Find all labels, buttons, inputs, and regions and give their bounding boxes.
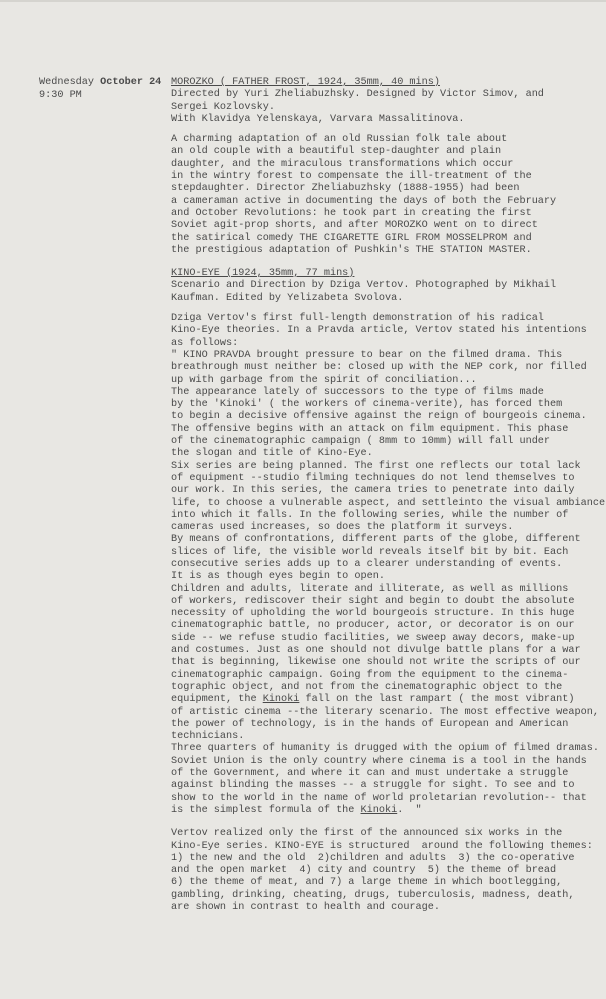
film-description: Dziga Vertov's first full-length demonst… — [171, 313, 601, 817]
description-line: into which it falls. In the following se… — [171, 510, 601, 522]
closing-line: Kino-Eye series. KINO-EYE is structured … — [171, 841, 601, 853]
typewritten-page: Wednesday October 24 9:30 PM MOROZKO ( F… — [0, 0, 606, 999]
description-line: and October Revolutions: he took part in… — [171, 208, 601, 220]
screening-date-block: Wednesday October 24 9:30 PM — [39, 77, 161, 102]
description-line: show to the world in the name of world p… — [171, 793, 601, 805]
description-line: The offensive begins with an attack on f… — [171, 424, 601, 436]
description-line: the prestigious adaptation of Pushkin's … — [171, 245, 601, 257]
screening-date: October 24 — [100, 77, 161, 88]
description-line: The appearance lately of successors to t… — [171, 387, 601, 399]
credit-line: Scenario and Direction by Dziga Vertov. … — [171, 280, 601, 292]
description-line: up with garbage from the spirit of conci… — [171, 375, 601, 387]
credit-line: With Klavidya Yelenskaya, Varvara Massal… — [171, 114, 601, 126]
description-line: life, to choose a vulnerable aspect, and… — [171, 498, 601, 510]
description-line: against blinding the masses -- a struggl… — [171, 780, 601, 792]
description-line: and costumes. Just as one should not div… — [171, 645, 601, 657]
description-line: stepdaughter. Director Zheliabuzhsky (18… — [171, 183, 601, 195]
description-line: equipment, the Kinoki fall on the last r… — [171, 694, 601, 706]
credit-line: Sergei Kozlovsky. — [171, 102, 601, 114]
description-line: Soviet Union is the only country where c… — [171, 756, 601, 768]
film-title: KINO-EYE (1924, 35mm, 77 mins) — [171, 268, 601, 280]
description-line: cameras used increases, so does the plat… — [171, 522, 601, 534]
description-line: consecutive series adds up to a clearer … — [171, 559, 601, 571]
description-line: Dziga Vertov's first full-length demonst… — [171, 313, 601, 325]
description-line: to begin a decisive offensive against th… — [171, 411, 601, 423]
description-line: " KINO PRAVDA brought pressure to bear o… — [171, 350, 601, 362]
description-line: of the Government, and where it can and … — [171, 768, 601, 780]
description-line: the satirical comedy THE CIGARETTE GIRL … — [171, 233, 601, 245]
description-line: that is beginning, likewise one should n… — [171, 657, 601, 669]
description-line: technicians. — [171, 731, 601, 743]
description-line: A charming adaptation of an old Russian … — [171, 134, 601, 146]
description-line: daughter, and the miraculous transformat… — [171, 159, 601, 171]
description-line: necessity of upholding the world bourgeo… — [171, 608, 601, 620]
description-line: an old couple with a beautiful step-daug… — [171, 146, 601, 158]
description-line: of the cinematographic campaign ( 8mm to… — [171, 436, 601, 448]
description-line: of equipment --studio filming techniques… — [171, 473, 601, 485]
description-line: Six series are being planned. The first … — [171, 461, 601, 473]
description-line: Children and adults, literate and illite… — [171, 584, 601, 596]
description-line: side -- we refuse studio facilities, we … — [171, 633, 601, 645]
description-line: breathrough must neither be: closed up w… — [171, 362, 601, 374]
closing-line: are shown in contrast to health and cour… — [171, 902, 601, 914]
description-line: the slogan and title of Kino-Eye. — [171, 448, 601, 460]
description-line: of artistic cinema --the literary scenar… — [171, 707, 601, 719]
description-line: By means of confrontations, different pa… — [171, 534, 601, 546]
closing-line: Vertov realized only the first of the an… — [171, 828, 601, 840]
program-content: MOROZKO ( FATHER FROST, 1924, 35mm, 40 m… — [171, 77, 601, 914]
description-line: Kino-Eye theories. In a Pravda article, … — [171, 325, 601, 337]
description-line: is the simplest formula of the Kinoki. " — [171, 805, 601, 817]
credit-line: Directed by Yuri Zheliabuzhsky. Designed… — [171, 89, 601, 101]
credit-line: Kaufman. Edited by Yelizabeta Svolova. — [171, 293, 601, 305]
description-line: cinematographic campaign. Going from the… — [171, 670, 601, 682]
screening-time: 9:30 PM — [39, 90, 82, 101]
screening-day: Wednesday — [39, 77, 94, 88]
description-line: by the 'Kinoki' ( the workers of cinema-… — [171, 399, 601, 411]
description-line: our work. In this series, the camera tri… — [171, 485, 601, 497]
closing-line: 6) the theme of meat, and 7) a large the… — [171, 877, 601, 889]
description-line: Soviet agit-prop shorts, and after MOROZ… — [171, 220, 601, 232]
description-line: the power of technology, is in the hands… — [171, 719, 601, 731]
description-line: in the wintry forest to compensate the i… — [171, 171, 601, 183]
description-line: tographic object, and not from the cinem… — [171, 682, 601, 694]
closing-line: gambling, drinking, cheating, drugs, tub… — [171, 890, 601, 902]
page-edge — [0, 0, 606, 2]
film-credits: Scenario and Direction by Dziga Vertov. … — [171, 280, 601, 305]
film-kino-eye: KINO-EYE (1924, 35mm, 77 mins) Scenario … — [171, 268, 601, 914]
closing-line: 1) the new and the old 2)children and ad… — [171, 853, 601, 865]
closing-line: and the open market 4) city and country … — [171, 865, 601, 877]
film-credits: Directed by Yuri Zheliabuzhsky. Designed… — [171, 89, 601, 126]
description-line: It is as though eyes begin to open. — [171, 571, 601, 583]
description-line: cinematographic battle, no producer, act… — [171, 620, 601, 632]
film-closing-notes: Vertov realized only the first of the an… — [171, 828, 601, 914]
description-line: of workers, rediscover their sight and b… — [171, 596, 601, 608]
description-line: a cameraman active in documenting the da… — [171, 196, 601, 208]
description-line: Three quarters of humanity is drugged wi… — [171, 743, 601, 755]
film-description: A charming adaptation of an old Russian … — [171, 134, 601, 257]
film-morozko: MOROZKO ( FATHER FROST, 1924, 35mm, 40 m… — [171, 77, 601, 257]
description-line: slices of life, the visible world reveal… — [171, 547, 601, 559]
film-title: MOROZKO ( FATHER FROST, 1924, 35mm, 40 m… — [171, 77, 601, 89]
description-line: as follows: — [171, 338, 601, 350]
